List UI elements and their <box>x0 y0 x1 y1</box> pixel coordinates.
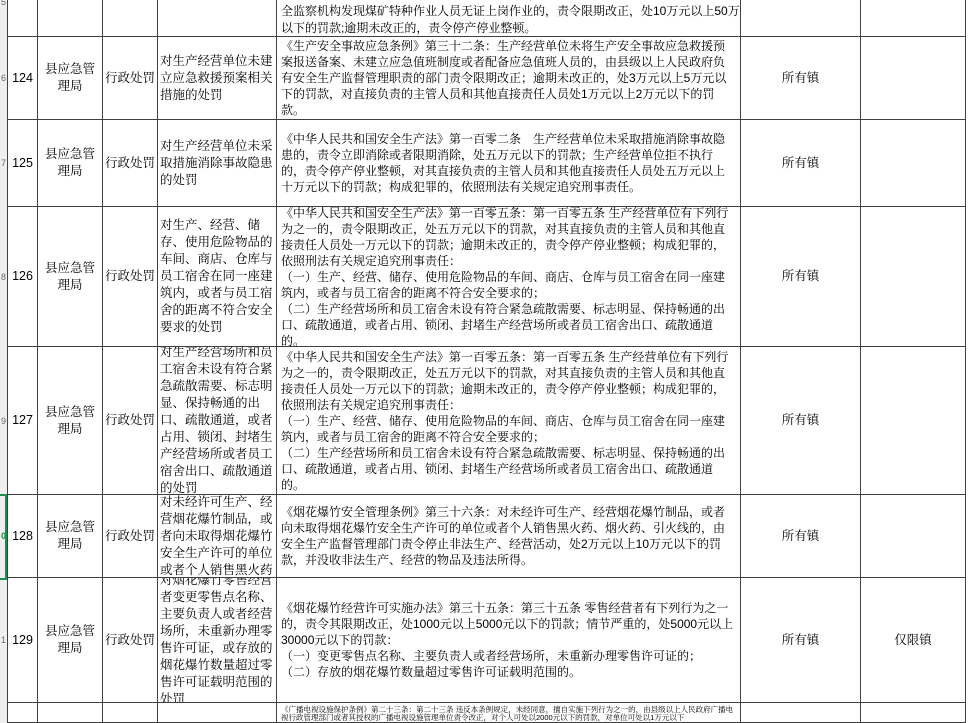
item-cell[interactable] <box>158 703 277 723</box>
row-header-number[interactable]: 8 <box>0 271 7 283</box>
seq-cell[interactable]: 129 <box>7 578 38 703</box>
scope-cell[interactable]: 所有镇 <box>741 120 861 207</box>
remark-cell[interactable] <box>861 703 966 723</box>
table-row: 《广播电视设施保护条例》第二十三条：第二十三条 违反本条例规定，未经同意，擅自实… <box>7 703 966 723</box>
item-cell[interactable] <box>158 0 277 37</box>
scope-cell[interactable]: 所有镇 <box>741 347 861 495</box>
dept-cell[interactable]: 县应急管理局 <box>38 37 103 120</box>
seq-cell[interactable]: 127 <box>7 347 38 495</box>
spreadsheet-viewport: 5 6 7 8 9 0 1 处5万元以上10万元以下的罚款；逾期未改正的，责令停… <box>0 0 968 723</box>
item-cell[interactable]: 对生产经营单位未采取措施消除事故隐患的处罚 <box>158 120 277 207</box>
seq-cell[interactable]: 124 <box>7 37 38 120</box>
table-row: 127 县应急管理局 行政处罚 对生产经营场所和员工宿舍未设有符合紧急疏散需要、… <box>7 347 966 495</box>
dept-cell[interactable]: 县应急管理局 <box>38 578 103 703</box>
table-row: 处5万元以上10万元以下的罚款；逾期未改正的，责令停产停业整顿；煤矿安 全监察机… <box>7 0 966 37</box>
remark-cell[interactable] <box>861 0 966 37</box>
row-header-number[interactable]: 7 <box>0 157 7 169</box>
remark-cell[interactable] <box>861 37 966 120</box>
type-cell[interactable]: 行政处罚 <box>103 37 158 120</box>
legal-text-line: 全监察机构发现煤矿特种作业人员无证上岗作业的，责令限期改正，处10万元以上50万… <box>281 3 736 20</box>
selection-border <box>0 494 7 580</box>
item-cell[interactable]: 对未经许可生产、经营烟花爆竹制品，或者向未取得烟花爆竹安全生产许可的单位或者个人… <box>158 495 277 578</box>
seq-cell[interactable]: 128 <box>7 495 38 578</box>
type-cell[interactable]: 行政处罚 <box>103 120 158 207</box>
legal-text: 《广播电视设施保护条例》第二十三条：第二十三条 违反本条例规定，未经同意，擅自实… <box>281 706 736 722</box>
legal-text-line: 以下的罚款;逾期未改正的，责令停产停业整顿。 <box>281 20 736 37</box>
scope-cell[interactable]: 所有镇 <box>741 495 861 578</box>
type-cell[interactable] <box>103 0 158 37</box>
scope-cell[interactable]: 所有镇 <box>741 578 861 703</box>
legal-text: 《烟花爆竹安全管理条例》第三十六条：对未经许可生产、经营烟花爆竹制品，或者向未取… <box>281 504 736 568</box>
legal-basis-cell[interactable]: 《烟花爆竹安全管理条例》第三十六条：对未经许可生产、经营烟花爆竹制品，或者向未取… <box>277 495 741 578</box>
seq-cell[interactable] <box>7 0 38 37</box>
table-row: 129 县应急管理局 行政处罚 对烟花爆竹零售经营者变更零售点名称、主要负责人或… <box>7 578 966 703</box>
legal-basis-cell[interactable]: 《生产安全事故应急条例》第三十二条：生产经营单位未将生产安全事故应急救援预案报送… <box>277 37 741 120</box>
legal-basis-cell[interactable]: 《烟花爆竹经营许可实施办法》第三十五条：第三十五条 零售经营者有下列行为之一的，… <box>277 578 741 703</box>
penalty-items-table: 处5万元以上10万元以下的罚款；逾期未改正的，责令停产停业整顿；煤矿安 全监察机… <box>7 0 966 723</box>
seq-cell[interactable]: 126 <box>7 207 38 347</box>
dept-cell[interactable]: 县应急管理局 <box>38 207 103 347</box>
item-cell[interactable]: 对生产经营单位未建立应急救援预案相关措施的处罚 <box>158 37 277 120</box>
scope-cell[interactable]: 所有镇 <box>741 207 861 347</box>
remark-cell[interactable]: 仅限镇 <box>861 578 966 703</box>
dept-cell[interactable]: 县应急管理局 <box>38 120 103 207</box>
legal-basis-cell[interactable]: 《中华人民共和国安全生产法》第一百零二条 生产经营单位未采取措施消除事故隐患的，… <box>277 120 741 207</box>
seq-cell[interactable] <box>7 703 38 723</box>
legal-basis-cell[interactable]: 《中华人民共和国安全生产法》第一百零五条：第一百零五条 生产经营单位有下列行为之… <box>277 207 741 347</box>
legal-text: 《烟花爆竹经营许可实施办法》第三十五条：第三十五条 零售经营者有下列行为之一的，… <box>281 600 736 680</box>
type-cell[interactable] <box>103 703 158 723</box>
item-cell[interactable]: 对生产经营场所和员工宿舍未设有符合紧急疏散需要、标志明显、保持畅通的出口、疏散通… <box>158 347 277 495</box>
dept-cell[interactable]: 县应急管理局 <box>38 347 103 495</box>
remark-cell[interactable] <box>861 347 966 495</box>
legal-basis-cell[interactable]: 处5万元以上10万元以下的罚款；逾期未改正的，责令停产停业整顿；煤矿安 全监察机… <box>277 0 741 37</box>
legal-text: 《中华人民共和国安全生产法》第一百零二条 生产经营单位未采取措施消除事故隐患的，… <box>281 131 736 195</box>
seq-cell[interactable]: 125 <box>7 120 38 207</box>
row-header-number[interactable]: 1 <box>0 634 7 646</box>
scope-cell[interactable] <box>741 0 861 37</box>
type-cell[interactable]: 行政处罚 <box>103 347 158 495</box>
scope-cell[interactable]: 所有镇 <box>741 37 861 120</box>
dept-cell[interactable] <box>38 703 103 723</box>
table-row: 125 县应急管理局 行政处罚 对生产经营单位未采取措施消除事故隐患的处罚 《中… <box>7 120 966 207</box>
row-header-gutter: 5 6 7 8 9 0 1 <box>0 0 7 723</box>
type-cell[interactable]: 行政处罚 <box>103 495 158 578</box>
legal-text: 《中华人民共和国安全生产法》第一百零五条：第一百零五条 生产经营单位有下列行为之… <box>281 349 736 493</box>
dept-cell[interactable] <box>38 0 103 37</box>
scope-cell[interactable] <box>741 703 861 723</box>
row-header-number[interactable]: 6 <box>0 72 7 84</box>
type-cell[interactable]: 行政处罚 <box>103 207 158 347</box>
item-cell[interactable]: 对生产、经营、储存、使用危险物品的车间、商店、仓库与员工宿舍在同一座建筑内，或者… <box>158 207 277 347</box>
remark-cell[interactable] <box>861 207 966 347</box>
remark-cell[interactable] <box>861 120 966 207</box>
clipped-text-block: 处5万元以上10万元以下的罚款；逾期未改正的，责令停产停业整顿；煤矿安 全监察机… <box>281 0 736 37</box>
table-row: 128 县应急管理局 行政处罚 对未经许可生产、经营烟花爆竹制品，或者向未取得烟… <box>7 495 966 578</box>
row-header-number[interactable]: 5 <box>0 0 7 8</box>
table-row: 124 县应急管理局 行政处罚 对生产经营单位未建立应急救援预案相关措施的处罚 … <box>7 37 966 120</box>
legal-basis-cell[interactable]: 《广播电视设施保护条例》第二十三条：第二十三条 违反本条例规定，未经同意，擅自实… <box>277 703 741 723</box>
legal-text: 《中华人民共和国安全生产法》第一百零五条：第一百零五条 生产经营单位有下列行为之… <box>281 207 736 347</box>
legal-basis-cell[interactable]: 《中华人民共和国安全生产法》第一百零五条：第一百零五条 生产经营单位有下列行为之… <box>277 347 741 495</box>
remark-cell[interactable] <box>861 495 966 578</box>
dept-cell[interactable]: 县应急管理局 <box>38 495 103 578</box>
type-cell[interactable]: 行政处罚 <box>103 578 158 703</box>
table-row: 126 县应急管理局 行政处罚 对生产、经营、储存、使用危险物品的车间、商店、仓… <box>7 207 966 347</box>
item-cell[interactable]: 对烟花爆竹零售经营者变更零售点名称、主要负责人或者经营场所，未重新办理零售许可证… <box>158 578 277 703</box>
legal-text: 《生产安全事故应急条例》第三十二条：生产经营单位未将生产安全事故应急救援预案报送… <box>281 38 736 118</box>
row-header-number[interactable]: 9 <box>0 415 7 427</box>
